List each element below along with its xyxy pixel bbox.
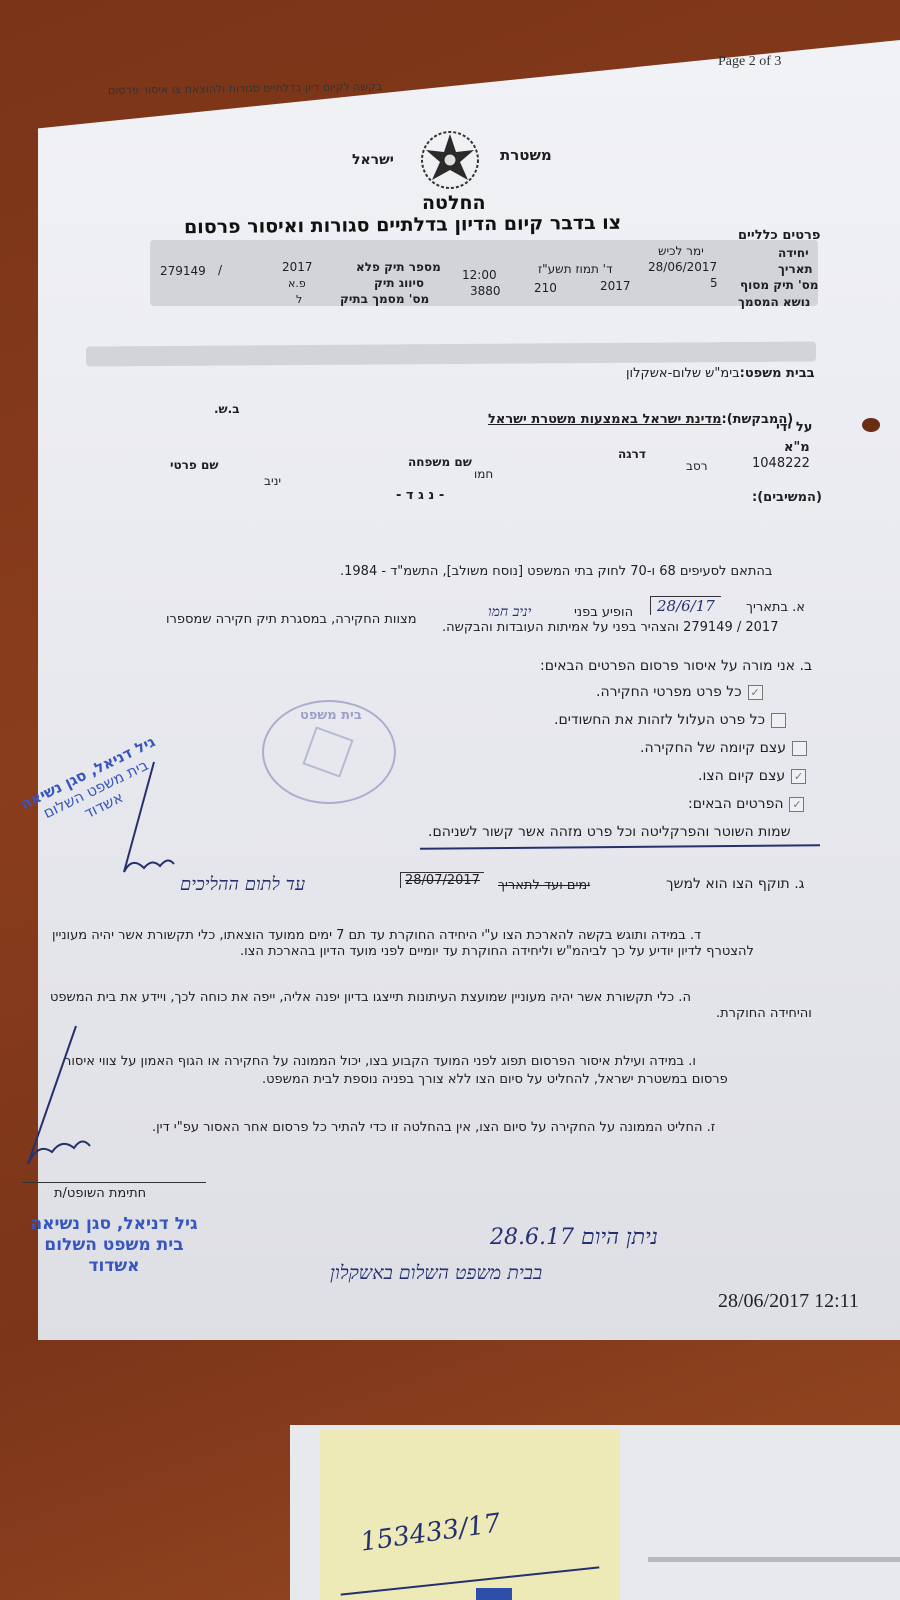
decision-title: החלטה — [422, 192, 486, 214]
logo-left-text: משטרת — [500, 146, 552, 164]
checkbox-4[interactable]: ✓ — [791, 769, 806, 784]
court-line: בבית משפט:בימ"ש שלום-אשקלון — [626, 366, 815, 381]
judge-stamp: גיל דניאל, סגן נשיאה בית משפט השלום אשדו… — [14, 1214, 214, 1277]
section-h-line1: ה. כלי תקשורת אשר יהיה מעוניין שמועצת הע… — [50, 990, 691, 1005]
checkbox-2[interactable] — [771, 713, 786, 728]
emblem-icon — [302, 726, 353, 777]
time-value: 12:00 — [462, 268, 497, 282]
section-v-line2: פרסום במשטרת ישראל, להחליט על סיום הצו ל… — [262, 1072, 728, 1087]
applicant-value: מדינת ישראל באמצעות משטרת ישראל — [488, 412, 722, 427]
blue-mark — [476, 1588, 512, 1600]
prohibition-item-1[interactable]: ✓כל פרט מפרטי החקירה. — [596, 684, 763, 700]
order-title: צו בדבר קיום הדיון בדלתיים סגורות ואיסור… — [184, 212, 621, 239]
court-value: בימ"ש שלום-אשקלון — [626, 366, 740, 381]
section-a-team: מצוות החקירה, במסגרת תיק חקירה שמספרו — [166, 612, 417, 627]
against-text: - נ ג ד - — [396, 488, 444, 503]
page-number: Page 2 of 3 — [718, 54, 781, 70]
unit-value: ימר לכיש — [658, 244, 704, 258]
date-value: 28/06/2017 — [648, 260, 717, 274]
general-details-heading: פרטים כלליים — [738, 228, 820, 243]
file-part-1: 5 — [710, 276, 718, 290]
section-b-details: שמות השוטר והפרקליטה וכל פרט מזהה אשר קש… — [428, 824, 791, 840]
pla-year: 2017 — [282, 260, 313, 274]
applicant-bs: ב.ש. — [214, 402, 240, 416]
class-value: פ.א — [288, 277, 306, 290]
first-name-label: שם פרטי — [170, 458, 218, 472]
prohibition-item-4[interactable]: ✓עצם קיום הצו. — [698, 768, 806, 784]
section-g-days-until: ימים ועד לתאריך — [498, 878, 590, 893]
section-g-date-struck: 28/07/2017 — [400, 872, 484, 888]
handwritten-location: בבית משפט השלום באשקלון — [330, 1262, 542, 1285]
first-name-value: יניב — [264, 474, 281, 488]
unit-label: יחידה — [778, 246, 809, 260]
judge-signature-2 — [18, 1024, 118, 1174]
legal-basis: בהתאם לסעיפים 68 ו-70 לחוק בתי המשפט [נו… — [340, 564, 772, 579]
section-d-line1: ד. במידה ותוגש בקשה להארכת הצו ע"י היחיד… — [52, 928, 701, 943]
last-name-label: שם משפחה — [408, 455, 472, 469]
section-z: ז. החליט הממונה על החקירה על סיום הצו, א… — [152, 1120, 715, 1135]
section-h-line2: והיחידה החוקרת. — [716, 1006, 812, 1021]
by-label: על ידי — [776, 420, 812, 435]
doc-no-value: ל — [296, 293, 302, 306]
id-value: 1048222 — [752, 456, 810, 471]
police-emblem-icon — [418, 128, 482, 196]
checkbox-5[interactable]: ✓ — [789, 797, 804, 812]
section-a-handwritten-name: יניב חמו — [488, 604, 531, 621]
file-part-4: 3880 — [470, 284, 501, 298]
header-line: בקשה לקיום דיון בדלתיים סגורות ולהוצאת צ… — [108, 80, 382, 97]
section-v-line1: ו. במידה ועילת איסור הפרסום תפוג לפני המ… — [64, 1054, 696, 1069]
section-a-handwritten-date: 28/6/17 — [650, 596, 721, 615]
respondents-label: (המשיבים): — [752, 490, 822, 505]
court-label: בבית משפט: — [740, 366, 815, 381]
hebrew-date: ד' תמוז תשע"ז — [538, 262, 613, 276]
signature-line — [22, 1182, 206, 1183]
section-g-prefix: ג. תוקף הצו הוא למשך — [666, 876, 804, 892]
section-g-handwritten: עד לתום ההליכים — [180, 874, 305, 895]
checkbox-1[interactable]: ✓ — [748, 685, 763, 700]
checkbox-3[interactable] — [792, 741, 807, 756]
section-d-line2: להצטרף לדיון יודיע על כך לביהמ"ש וליחידה… — [240, 944, 754, 959]
section-b-heading: ב. אני מורה על איסור פרסום הפרטים הבאים: — [540, 658, 812, 674]
logo-right-text: ישראל — [352, 152, 394, 168]
handwritten-given-today: ניתן היום 28.6.17 — [490, 1224, 658, 1250]
rank-value: רסב — [686, 459, 708, 473]
pla-separator: / — [218, 263, 222, 277]
rank-label: דרגה — [618, 447, 646, 461]
sticky-underline — [341, 1566, 600, 1595]
prohibition-item-2[interactable]: כל פרט העלול לזהות את החשודים. — [554, 712, 786, 728]
date-label: תאריך — [778, 262, 813, 276]
court-seal-stamp: בית משפט — [262, 700, 396, 804]
file-label: מס' תיק מסוף — [740, 278, 819, 292]
punch-hole — [862, 418, 880, 432]
pla-label: מספר תיק פלא — [356, 260, 441, 274]
id-label: מ"א — [784, 440, 810, 455]
printed-timestamp: 28/06/2017 12:11 — [718, 1290, 859, 1313]
applicant-line: (המבקשת):מדינת ישראל באמצעות משטרת ישראל — [488, 412, 793, 427]
pla-number: 279149 — [160, 264, 206, 278]
section-a-appeared: הופיע בפני — [574, 605, 633, 620]
section-a-line2: 2017 / 279149 והצהיר בפני על אמיתות העוב… — [442, 620, 778, 635]
file-part-3: 210 — [534, 281, 557, 295]
class-label: סיווג תיק — [374, 276, 424, 290]
subject-label: נושא המסמך — [738, 295, 810, 309]
judge-signature-1 — [110, 760, 190, 890]
prohibition-item-3[interactable]: עצם קיומה של החקירה. — [640, 740, 807, 756]
prohibition-item-5[interactable]: ✓הפרטים הבאים: — [688, 796, 804, 812]
signature-label: חתימת השופט/ת — [54, 1186, 146, 1201]
section-a-prefix: א. בתאריך — [746, 600, 805, 615]
sticky-note-number: 153433/17 — [359, 1508, 503, 1557]
folder-line — [648, 1557, 900, 1562]
doc-no-label: מס' מסמך בתיק — [340, 292, 429, 306]
sticky-note: 153433/17 — [320, 1430, 620, 1600]
last-name-value: חמו — [474, 467, 493, 481]
file-part-2: 2017 — [600, 279, 631, 293]
